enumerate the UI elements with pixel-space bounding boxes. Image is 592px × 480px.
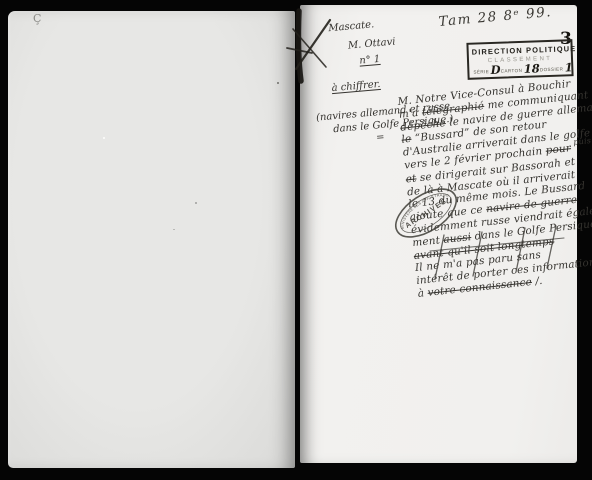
inserted-text: puis xyxy=(573,135,592,150)
left-page: Ç xyxy=(8,11,295,468)
stamp-field-label: CARTON xyxy=(501,67,523,74)
struck-text: pour xyxy=(545,142,571,157)
dust-speck xyxy=(195,202,197,204)
stamp-field-label: DOSSIER xyxy=(540,66,564,73)
stamp-field-value: 1 xyxy=(565,62,573,72)
stamp-fields: SÉRIEDCARTON18DOSSIER1 xyxy=(472,62,568,75)
stamp-field: DOSSIER1 xyxy=(540,62,573,73)
page-corner-mark: Ç xyxy=(33,12,41,25)
stamp-field-value: 18 xyxy=(524,63,540,74)
scanned-document: Ç Tam 28 8ᵉ 99. 3 DIRECTION POLITIQUE CL… xyxy=(0,0,592,480)
stamp-field: CARTON18 xyxy=(500,63,539,74)
deletion-slashes xyxy=(428,225,578,287)
stamp-field-value: D xyxy=(490,64,500,74)
dust-speck xyxy=(103,137,105,139)
dust-speck xyxy=(277,82,279,84)
dust-speck xyxy=(173,229,175,230)
classification-stamp: DIRECTION POLITIQUE CLASSEMENT SÉRIEDCAR… xyxy=(466,39,573,79)
right-page: Tam 28 8ᵉ 99. 3 DIRECTION POLITIQUE CLAS… xyxy=(300,5,577,463)
